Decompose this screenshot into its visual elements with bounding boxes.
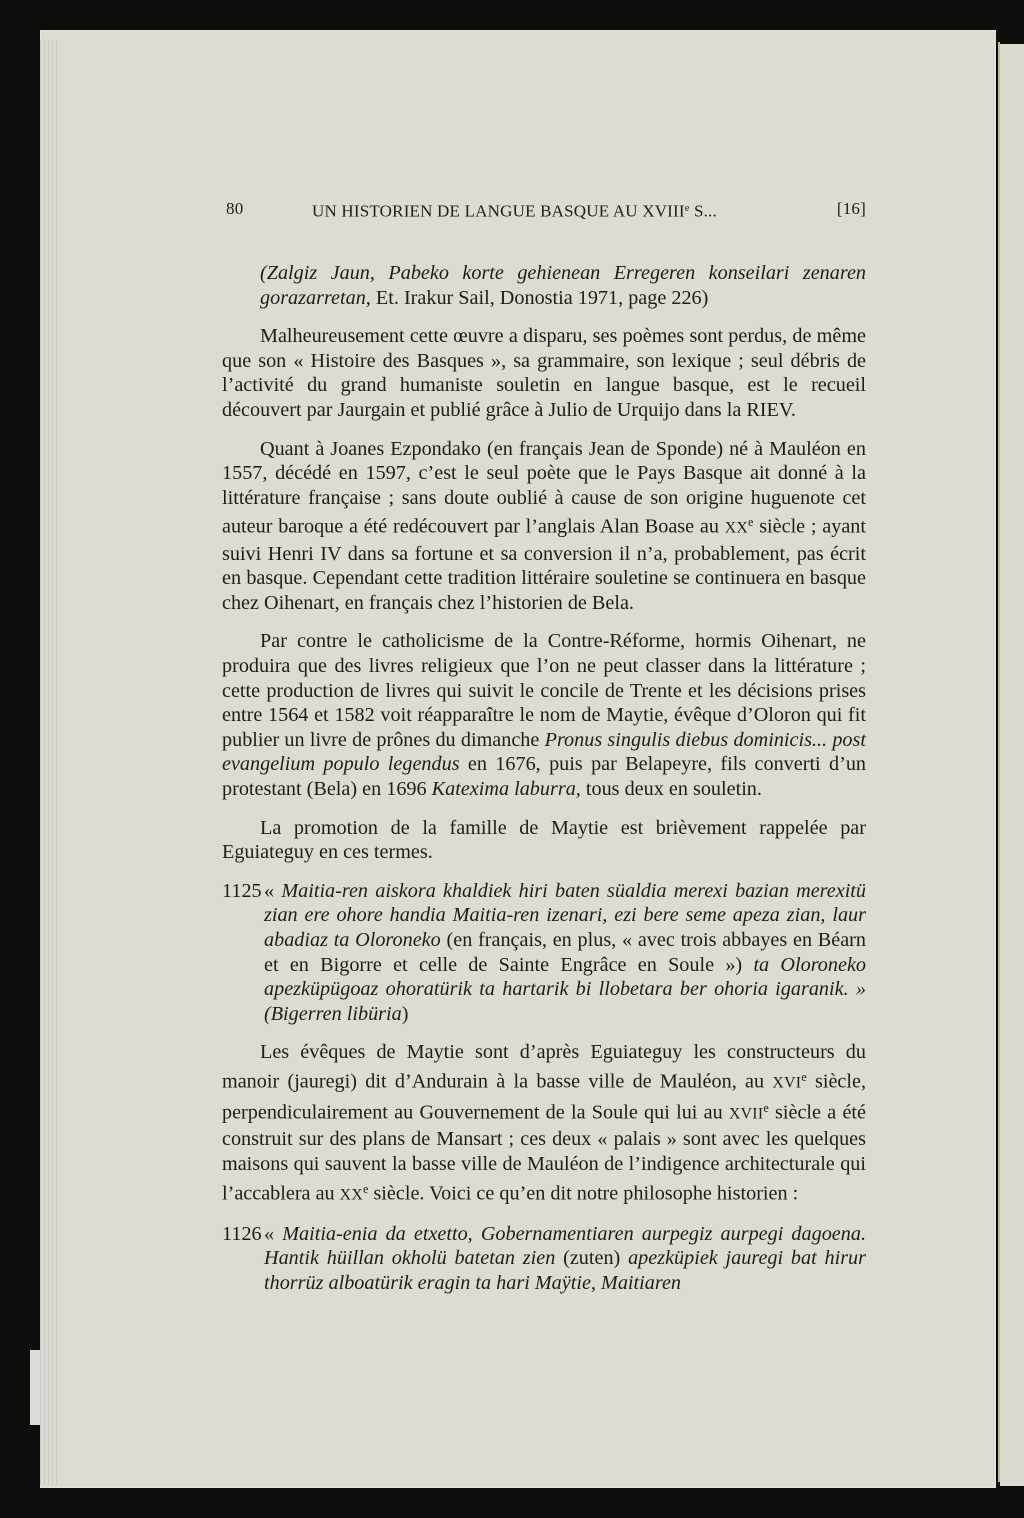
paragraph-4: La promotion de la famille de Maytie est… <box>222 816 866 865</box>
paragraph-1: Malheureusement cette œuvre a disparu, s… <box>222 324 866 422</box>
paragraph-3: Par contre le catholicisme de la Contre-… <box>222 629 866 801</box>
page-edges <box>40 40 58 1485</box>
paragraph-2: Quant à Joanes Ezpondako (en français Je… <box>222 437 866 616</box>
page-number: 80 <box>226 197 243 222</box>
citation: (Zalgiz Jaun, Pabeko korte gehienean Err… <box>222 261 866 310</box>
running-title: UN HISTORIEN DE LANGUE BASQUE AU XVIIIe … <box>312 197 717 224</box>
quote-number: 1126 <box>222 1222 260 1296</box>
facing-page-edge <box>1000 44 1024 1486</box>
quote-body: « Maitia-enia da etxetto, Gobernamentiar… <box>264 1222 866 1296</box>
quote-number: 1125 <box>222 879 260 1027</box>
quote-body: « Maitia-ren aiskora khaldiek hiri baten… <box>264 879 866 1027</box>
numbered-quote-1125: 1125 « Maitia-ren aiskora khaldiek hiri … <box>222 879 866 1027</box>
numbered-quote-1126: 1126 « Maitia-enia da etxetto, Gobername… <box>222 1222 866 1296</box>
section-number: [16] <box>837 197 866 222</box>
paragraph-5: Les évêques de Maytie sont d’après Eguia… <box>222 1040 866 1208</box>
running-head: 80 UN HISTORIEN DE LANGUE BASQUE AU XVII… <box>222 197 866 225</box>
page-content: 80 UN HISTORIEN DE LANGUE BASQUE AU XVII… <box>222 197 866 1310</box>
